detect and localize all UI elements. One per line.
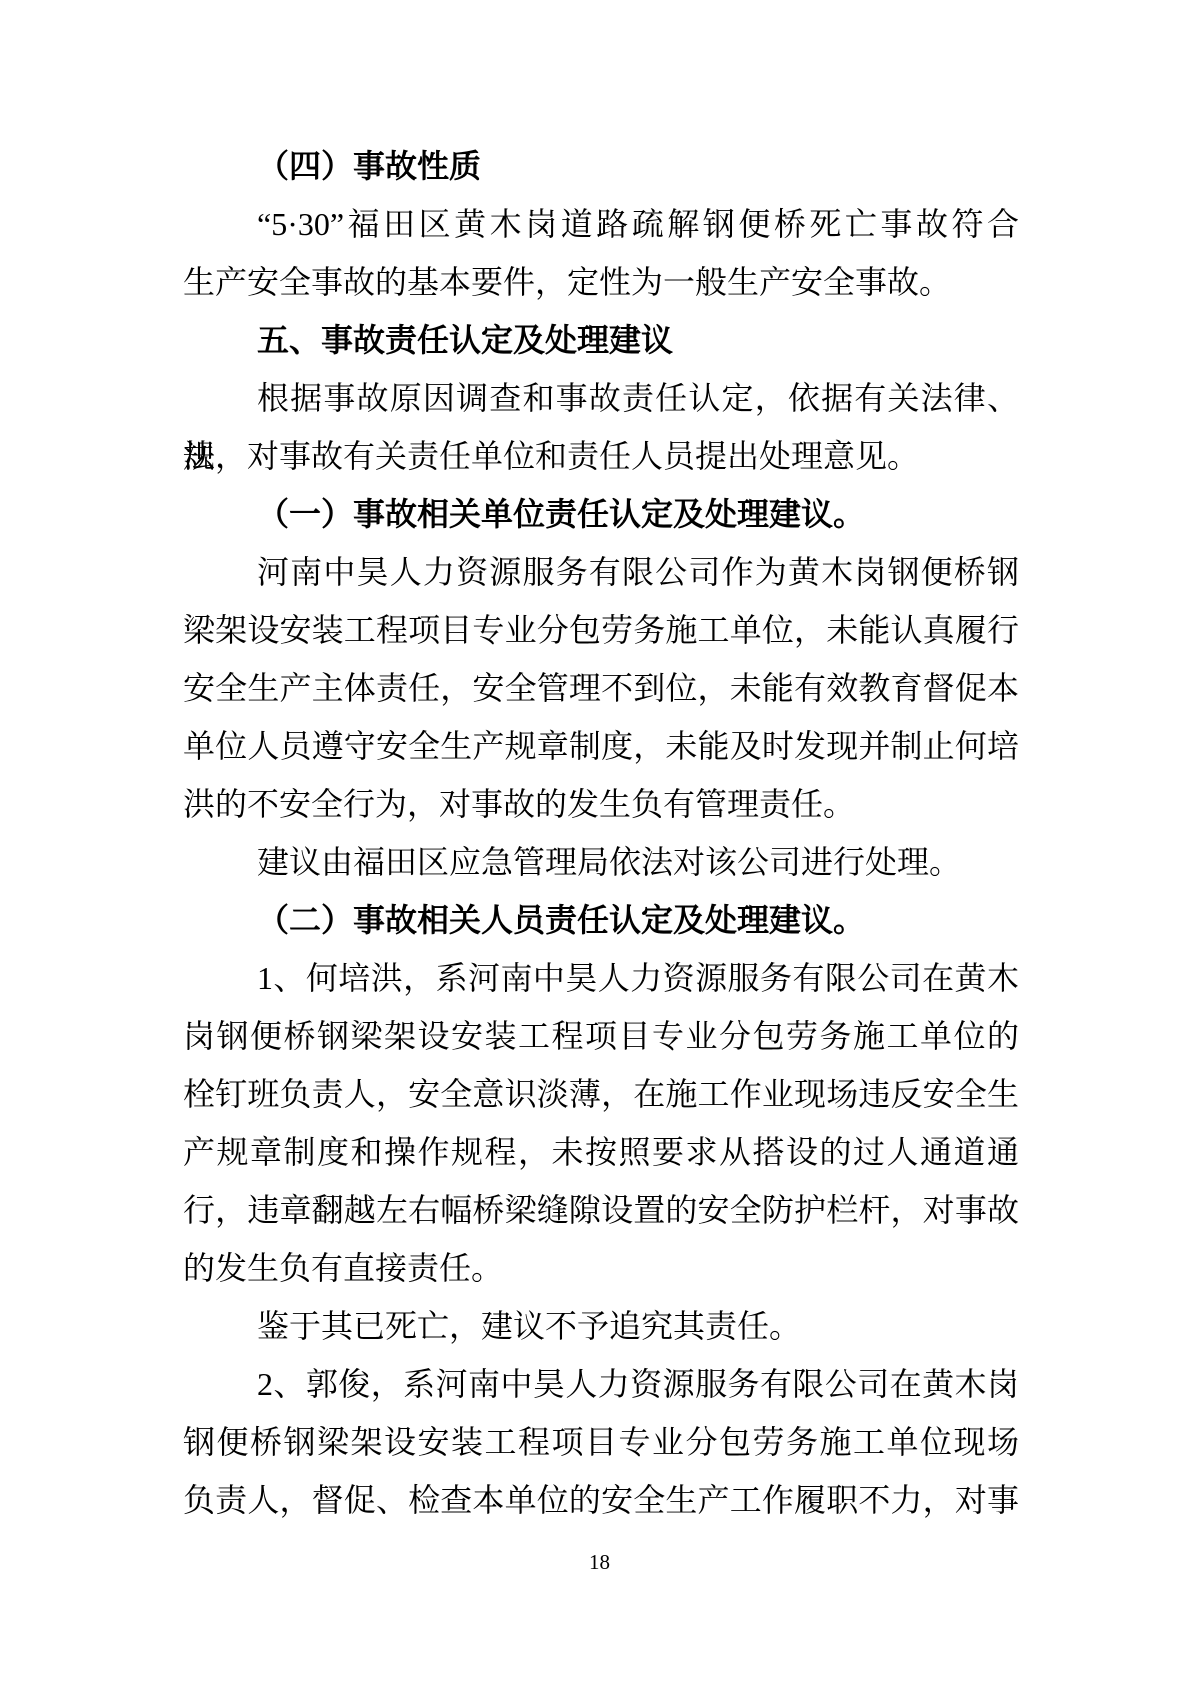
text-line: 栓钉班负责人，安全意识淡薄，在施工作业现场违反安全生 — [183, 1065, 1019, 1123]
text-line: 单位人员遵守安全生产规章制度，未能及时发现并制止何培 — [183, 717, 1019, 775]
text-line: 钢便桥钢梁架设安装工程项目专业分包劳务施工单位现场 — [183, 1413, 1019, 1471]
document-body: （四）事故性质“5·30”福田区黄木岗道路疏解钢便桥死亡事故符合生产安全事故的基… — [183, 137, 1019, 1529]
text-line: 洪的不安全行为，对事故的发生负有管理责任。 — [183, 775, 1019, 833]
section-heading: （四）事故性质 — [183, 137, 1019, 195]
text-line: 建议由福田区应急管理局依法对该公司进行处理。 — [183, 833, 1019, 891]
page-number: 18 — [0, 1548, 1199, 1576]
text-line: 1、何培洪，系河南中昊人力资源服务有限公司在黄木 — [183, 949, 1019, 1007]
section-heading: （一）事故相关单位责任认定及处理建议。 — [183, 485, 1019, 543]
text-line: 生产安全事故的基本要件，定性为一般生产安全事故。 — [183, 253, 1019, 311]
document-page: （四）事故性质“5·30”福田区黄木岗道路疏解钢便桥死亡事故符合生产安全事故的基… — [0, 0, 1199, 1696]
section-heading: 五、事故责任认定及处理建议 — [183, 311, 1019, 369]
text-line: 安全生产主体责任，安全管理不到位，未能有效教育督促本 — [183, 659, 1019, 717]
text-line: 行，违章翻越左右幅桥梁缝隙设置的安全防护栏杆，对事故 — [183, 1181, 1019, 1239]
text-line: 的发生负有直接责任。 — [183, 1239, 1019, 1297]
paragraph: 2、郭俊，系河南中昊人力资源服务有限公司在黄木岗钢便桥钢梁架设安装工程项目专业分… — [183, 1355, 1019, 1529]
text-line: （二）事故相关人员责任认定及处理建议。 — [183, 891, 1019, 949]
text-line: 岗钢便桥钢梁架设安装工程项目专业分包劳务施工单位的 — [183, 1007, 1019, 1065]
section-heading: （二）事故相关人员责任认定及处理建议。 — [183, 891, 1019, 949]
paragraph: 根据事故原因调查和事故责任认定，依据有关法律、法规，对事故有关责任单位和责任人员… — [183, 369, 1019, 485]
text-line: 五、事故责任认定及处理建议 — [183, 311, 1019, 369]
text-line: 规，对事故有关责任单位和责任人员提出处理意见。 — [183, 427, 1019, 485]
paragraph: 河南中昊人力资源服务有限公司作为黄木岗钢便桥钢梁架设安装工程项目专业分包劳务施工… — [183, 543, 1019, 833]
text-line: 2、郭俊，系河南中昊人力资源服务有限公司在黄木岗 — [183, 1355, 1019, 1413]
text-line: 负责人，督促、检查本单位的安全生产工作履职不力，对事 — [183, 1471, 1019, 1529]
paragraph: 1、何培洪，系河南中昊人力资源服务有限公司在黄木岗钢便桥钢梁架设安装工程项目专业… — [183, 949, 1019, 1297]
paragraph: 建议由福田区应急管理局依法对该公司进行处理。 — [183, 833, 1019, 891]
text-line: 产规章制度和操作规程，未按照要求从搭设的过人通道通 — [183, 1123, 1019, 1181]
text-line: 鉴于其已死亡，建议不予追究其责任。 — [183, 1297, 1019, 1355]
text-line: 梁架设安装工程项目专业分包劳务施工单位，未能认真履行 — [183, 601, 1019, 659]
text-line: （四）事故性质 — [183, 137, 1019, 195]
paragraph: 鉴于其已死亡，建议不予追究其责任。 — [183, 1297, 1019, 1355]
text-line: “5·30”福田区黄木岗道路疏解钢便桥死亡事故符合 — [183, 195, 1019, 253]
text-line: （一）事故相关单位责任认定及处理建议。 — [183, 485, 1019, 543]
text-line: 根据事故原因调查和事故责任认定，依据有关法律、法 — [183, 369, 1019, 427]
text-line: 河南中昊人力资源服务有限公司作为黄木岗钢便桥钢 — [183, 543, 1019, 601]
paragraph: “5·30”福田区黄木岗道路疏解钢便桥死亡事故符合生产安全事故的基本要件，定性为… — [183, 195, 1019, 311]
